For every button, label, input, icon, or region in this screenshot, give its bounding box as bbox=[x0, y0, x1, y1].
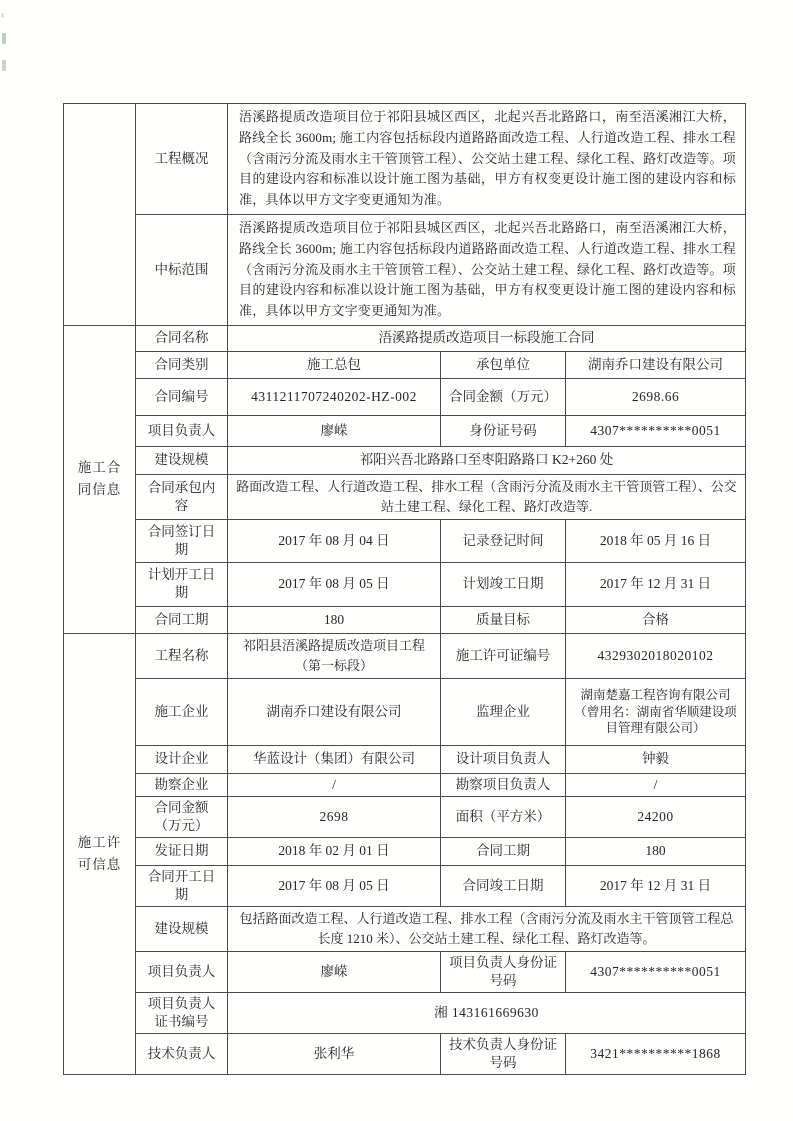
pm-cert-label: 项目负责人证书编号 bbox=[136, 992, 228, 1033]
quality-target-value: 合格 bbox=[566, 606, 746, 633]
permit-pm-value: 廖嵘 bbox=[228, 951, 441, 992]
permit-duration-value: 180 bbox=[566, 837, 746, 865]
tech-lead-value: 张利华 bbox=[228, 1033, 441, 1074]
surveyor-value: / bbox=[228, 773, 441, 796]
issue-date-value: 2018 年 02 月 01 日 bbox=[228, 837, 441, 865]
permit-no-value: 4329302018020102 bbox=[566, 633, 746, 678]
permit-scale-value: 包括路面改造工程、人行道改造工程、排水工程（含雨污分流及雨水主干管顶管工程总长度… bbox=[228, 906, 746, 951]
contract-type-value: 施工总包 bbox=[228, 351, 441, 378]
contract-type-label: 合同类别 bbox=[136, 351, 228, 378]
scan-artifact bbox=[2, 33, 6, 44]
contract-start-value: 2017 年 08 月 05 日 bbox=[228, 865, 441, 906]
builder-value: 湖南乔口建设有限公司 bbox=[228, 678, 441, 745]
supervisor-label: 监理企业 bbox=[441, 678, 566, 745]
plan-finish-value: 2017 年 12 月 31 日 bbox=[566, 562, 746, 606]
overview-label: 工程概况 bbox=[136, 104, 228, 215]
pm-id-value: 4307**********0051 bbox=[566, 415, 746, 446]
project-name-label: 工程名称 bbox=[136, 633, 228, 678]
contract-duration-label: 合同工期 bbox=[136, 606, 228, 633]
contract-no-label: 合同编号 bbox=[136, 378, 228, 415]
permit-no-label: 施工许可证编号 bbox=[441, 633, 566, 678]
contract-amount-label: 合同金额（万元） bbox=[441, 378, 566, 415]
area-value: 24200 bbox=[566, 796, 746, 837]
record-date-value: 2018 年 05 月 16 日 bbox=[566, 519, 746, 562]
permit-amount-value: 2698 bbox=[228, 796, 441, 837]
contract-name-value: 浯溪路提质改造项目一标段施工合同 bbox=[228, 325, 746, 351]
plan-finish-label: 计划竣工日期 bbox=[441, 562, 566, 606]
bid-scope-label: 中标范围 bbox=[136, 214, 228, 325]
contract-scale-label: 建设规模 bbox=[136, 446, 228, 474]
project-name-value: 祁阳县浯溪路提质改造项目工程（第一标段） bbox=[228, 633, 441, 678]
plan-start-label: 计划开工日期 bbox=[136, 562, 228, 606]
survey-pm-label: 勘察项目负责人 bbox=[441, 773, 566, 796]
survey-pm-value: / bbox=[566, 773, 746, 796]
bid-scope-value: 浯溪路提质改造项目位于祁阳县城区西区，北起兴吾北路路口，南至浯溪湘江大桥，路线全… bbox=[228, 214, 746, 325]
scan-artifact bbox=[2, 60, 6, 71]
supervisor-value: 湖南楚嘉工程咨询有限公司（曾用名：湖南省华顺建设项目管理有限公司） bbox=[566, 678, 746, 745]
section-contract-info: 施工合同信息 bbox=[64, 325, 136, 633]
contract-scale-value: 祁阳兴吾北路路口至枣阳路路口 K2+260 处 bbox=[228, 446, 746, 474]
permit-scale-label: 建设规模 bbox=[136, 906, 228, 951]
scanned-document-page: 工程概况 浯溪路提质改造项目位于祁阳县城区西区，北起兴吾北路路口，南至浯溪湘江大… bbox=[0, 0, 793, 1121]
pm-id-label: 身份证号码 bbox=[441, 415, 566, 446]
surveyor-label: 勘察企业 bbox=[136, 773, 228, 796]
contract-content-value: 路面改造工程、人行道改造工程、排水工程（含雨污分流及雨水主干管顶管工程）、公交站… bbox=[228, 474, 746, 519]
contract-no-value: 4311211707240202-HZ-002 bbox=[228, 378, 441, 415]
overview-value: 浯溪路提质改造项目位于祁阳县城区西区，北起兴吾北路路口，南至浯溪湘江大桥，路线全… bbox=[228, 104, 746, 215]
issue-date-label: 发证日期 bbox=[136, 837, 228, 865]
tech-lead-id-label: 技术负责人身份证号码 bbox=[441, 1033, 566, 1074]
sign-date-label: 合同签订日期 bbox=[136, 519, 228, 562]
contract-finish-label: 合同竣工日期 bbox=[441, 865, 566, 906]
permit-duration-label: 合同工期 bbox=[441, 837, 566, 865]
permit-pm-id-value: 4307**********0051 bbox=[566, 951, 746, 992]
design-pm-label: 设计项目负责人 bbox=[441, 745, 566, 773]
contractor-value: 湖南乔口建设有限公司 bbox=[566, 351, 746, 378]
area-label: 面积（平方米） bbox=[441, 796, 566, 837]
design-pm-value: 钟毅 bbox=[566, 745, 746, 773]
contract-duration-value: 180 bbox=[228, 606, 441, 633]
scan-artifact bbox=[1, 13, 4, 18]
contract-start-label: 合同开工日期 bbox=[136, 865, 228, 906]
tech-lead-id-value: 3421**********1868 bbox=[566, 1033, 746, 1074]
builder-label: 施工企业 bbox=[136, 678, 228, 745]
quality-target-label: 质量目标 bbox=[441, 606, 566, 633]
designer-value: 华蓝设计（集团）有限公司 bbox=[228, 745, 441, 773]
contract-finish-value: 2017 年 12 月 31 日 bbox=[566, 865, 746, 906]
designer-label: 设计企业 bbox=[136, 745, 228, 773]
contract-name-label: 合同名称 bbox=[136, 325, 228, 351]
tech-lead-label: 技术负责人 bbox=[136, 1033, 228, 1074]
pm-cert-value: 湘 143161669630 bbox=[228, 992, 746, 1033]
contract-content-label: 合同承包内容 bbox=[136, 474, 228, 519]
sign-date-value: 2017 年 08 月 04 日 bbox=[228, 519, 441, 562]
permit-pm-label: 项目负责人 bbox=[136, 951, 228, 992]
contract-pm-value: 廖嵘 bbox=[228, 415, 441, 446]
project-info-table: 工程概况 浯溪路提质改造项目位于祁阳县城区西区，北起兴吾北路路口，南至浯溪湘江大… bbox=[63, 103, 746, 1075]
record-date-label: 记录登记时间 bbox=[441, 519, 566, 562]
permit-amount-label: 合同金额（万元） bbox=[136, 796, 228, 837]
contractor-label: 承包单位 bbox=[441, 351, 566, 378]
section-blank bbox=[64, 104, 136, 326]
permit-pm-id-label: 项目负责人身份证号码 bbox=[441, 951, 566, 992]
contract-amount-value: 2698.66 bbox=[566, 378, 746, 415]
contract-pm-label: 项目负责人 bbox=[136, 415, 228, 446]
section-permit-info: 施工许可信息 bbox=[64, 633, 136, 1074]
plan-start-value: 2017 年 08 月 05 日 bbox=[228, 562, 441, 606]
